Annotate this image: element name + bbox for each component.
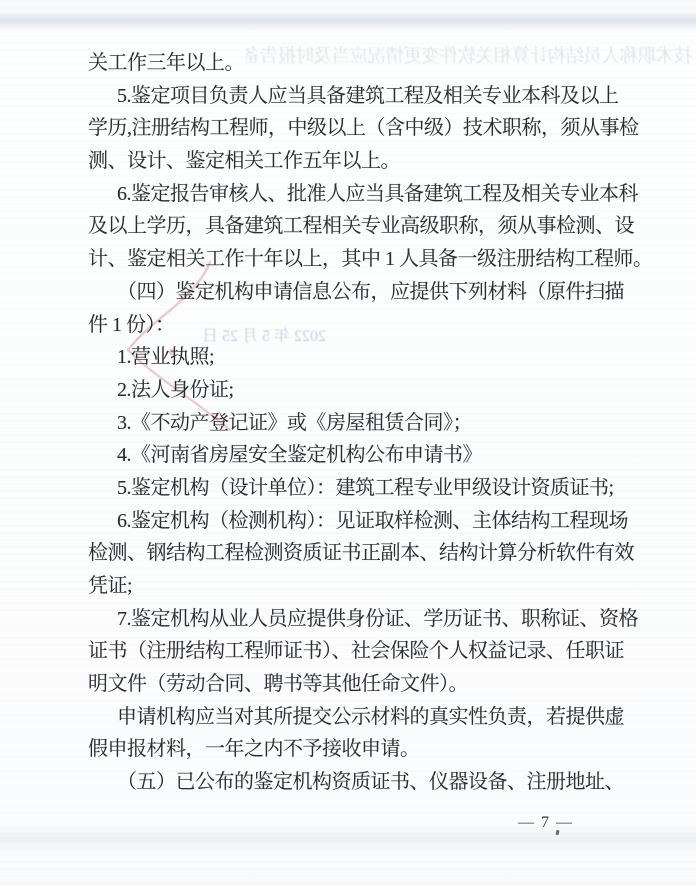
text-line: 2.法人身份证; <box>88 374 660 407</box>
text-line: 6.鉴定机构（检测机构）：见证取样检测、主体结构工程现场 <box>88 505 660 538</box>
text-line: 明文件（劳动合同、聘书等其他任命文件）。 <box>88 668 660 701</box>
text-line: 假申报材料，一年之内不予接收申请。 <box>88 733 660 766</box>
text-line: （四）鉴定机构申请信息公布，应提供下列材料（原件扫描 <box>88 276 660 309</box>
text-line: 及以上学历，具备建筑工程相关专业高级职称，须从事检测、设 <box>88 210 660 243</box>
text-line: 5.鉴定机构（设计单位）：建筑工程专业甲级设计资质证书; <box>88 472 660 505</box>
scan-band-bottom-artifact <box>0 824 696 852</box>
text-line: 检测、钢结构工程检测资质证书正副本、结构计算分析软件有效 <box>88 537 660 570</box>
text-line: 申请机构应当对其所提交公示材料的真实性负责，若提供虚 <box>88 701 660 734</box>
document-body: 关工作三年以上。5.鉴定项目负责人应当具备建筑工程及相关专业本科及以上学历,注册… <box>88 47 660 799</box>
document-page: 技术职称人员结构计算相关软件变更情况应当及时报告备案 2022 年 5 月 25… <box>0 0 696 886</box>
text-line: 关工作三年以上。 <box>88 47 660 80</box>
text-line: 4.《河南省房屋安全鉴定机构公布申请书》 <box>88 439 660 472</box>
text-line: 计、鉴定相关工作十年以上，其中 1 人具备一级注册结构工程师。 <box>88 243 660 276</box>
text-line: 1.营业执照; <box>88 341 660 374</box>
text-line: 测、设计、鉴定相关工作五年以上。 <box>88 145 660 178</box>
text-line: （五）已公布的鉴定机构资质证书、仪器设备、注册地址、 <box>88 766 660 799</box>
text-line: 7.鉴定机构从业人员应提供身份证、学历证书、职称证、资格 <box>88 603 660 636</box>
text-line: 学历,注册结构工程师，中级以上（含中级）技术职称，须从事检 <box>88 112 660 145</box>
text-line: 3.《不动产登记证》或《房屋租赁合同》； <box>88 407 660 440</box>
text-line: 6.鉴定报告审核人、批准人应当具备建筑工程及相关专业本科 <box>88 178 660 211</box>
text-line: 件 1 份）： <box>88 309 660 342</box>
scan-band-top-artifact <box>0 12 696 31</box>
text-line: 5.鉴定项目负责人应当具备建筑工程及相关专业本科及以上 <box>88 80 660 113</box>
text-line: 凭证; <box>88 570 660 603</box>
text-line: 证书（注册结构工程师证书）、社会保险个人权益记录、任职证 <box>88 635 660 668</box>
page-number: — 7 — <box>518 813 574 833</box>
